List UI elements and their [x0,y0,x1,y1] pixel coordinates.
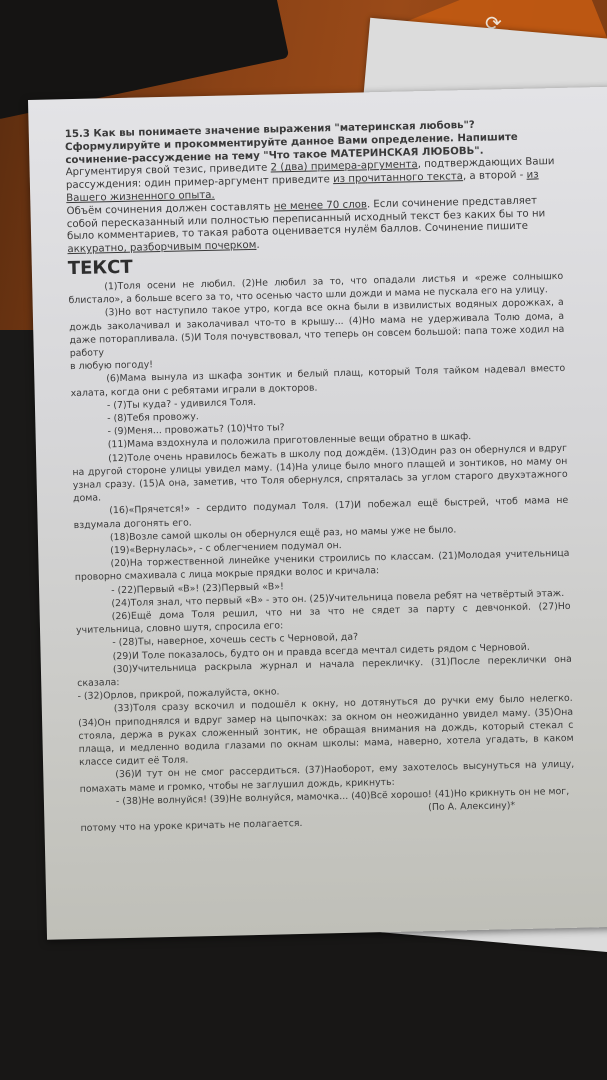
task-text: , а второй - [463,170,527,182]
paper-sheet: 15.3 Как вы понимаете значение выражения… [28,87,607,940]
document-content: 15.3 Как вы понимаете значение выражения… [65,118,576,836]
dark-surface [0,930,607,1080]
underlined-text: из прочитанного текста [333,171,463,185]
task-block: 15.3 Как вы понимаете значение выражения… [65,118,563,257]
underlined-text: не менее 70 слов [274,199,367,212]
task-text: . [256,240,259,251]
task-number: 15.3 [65,129,90,141]
underlined-text: 2 (два) примера-аргумента [270,160,417,174]
task-line: Объём сочинения должен составлять не мен… [66,195,562,257]
story-text: (1)Толя осени не любил. (2)Не любил за т… [68,270,575,836]
underlined-text: аккуратно, разборчивым почерком [67,240,256,255]
paragraph: (33)Толя сразу вскочил и подошёл к окну,… [78,692,574,769]
